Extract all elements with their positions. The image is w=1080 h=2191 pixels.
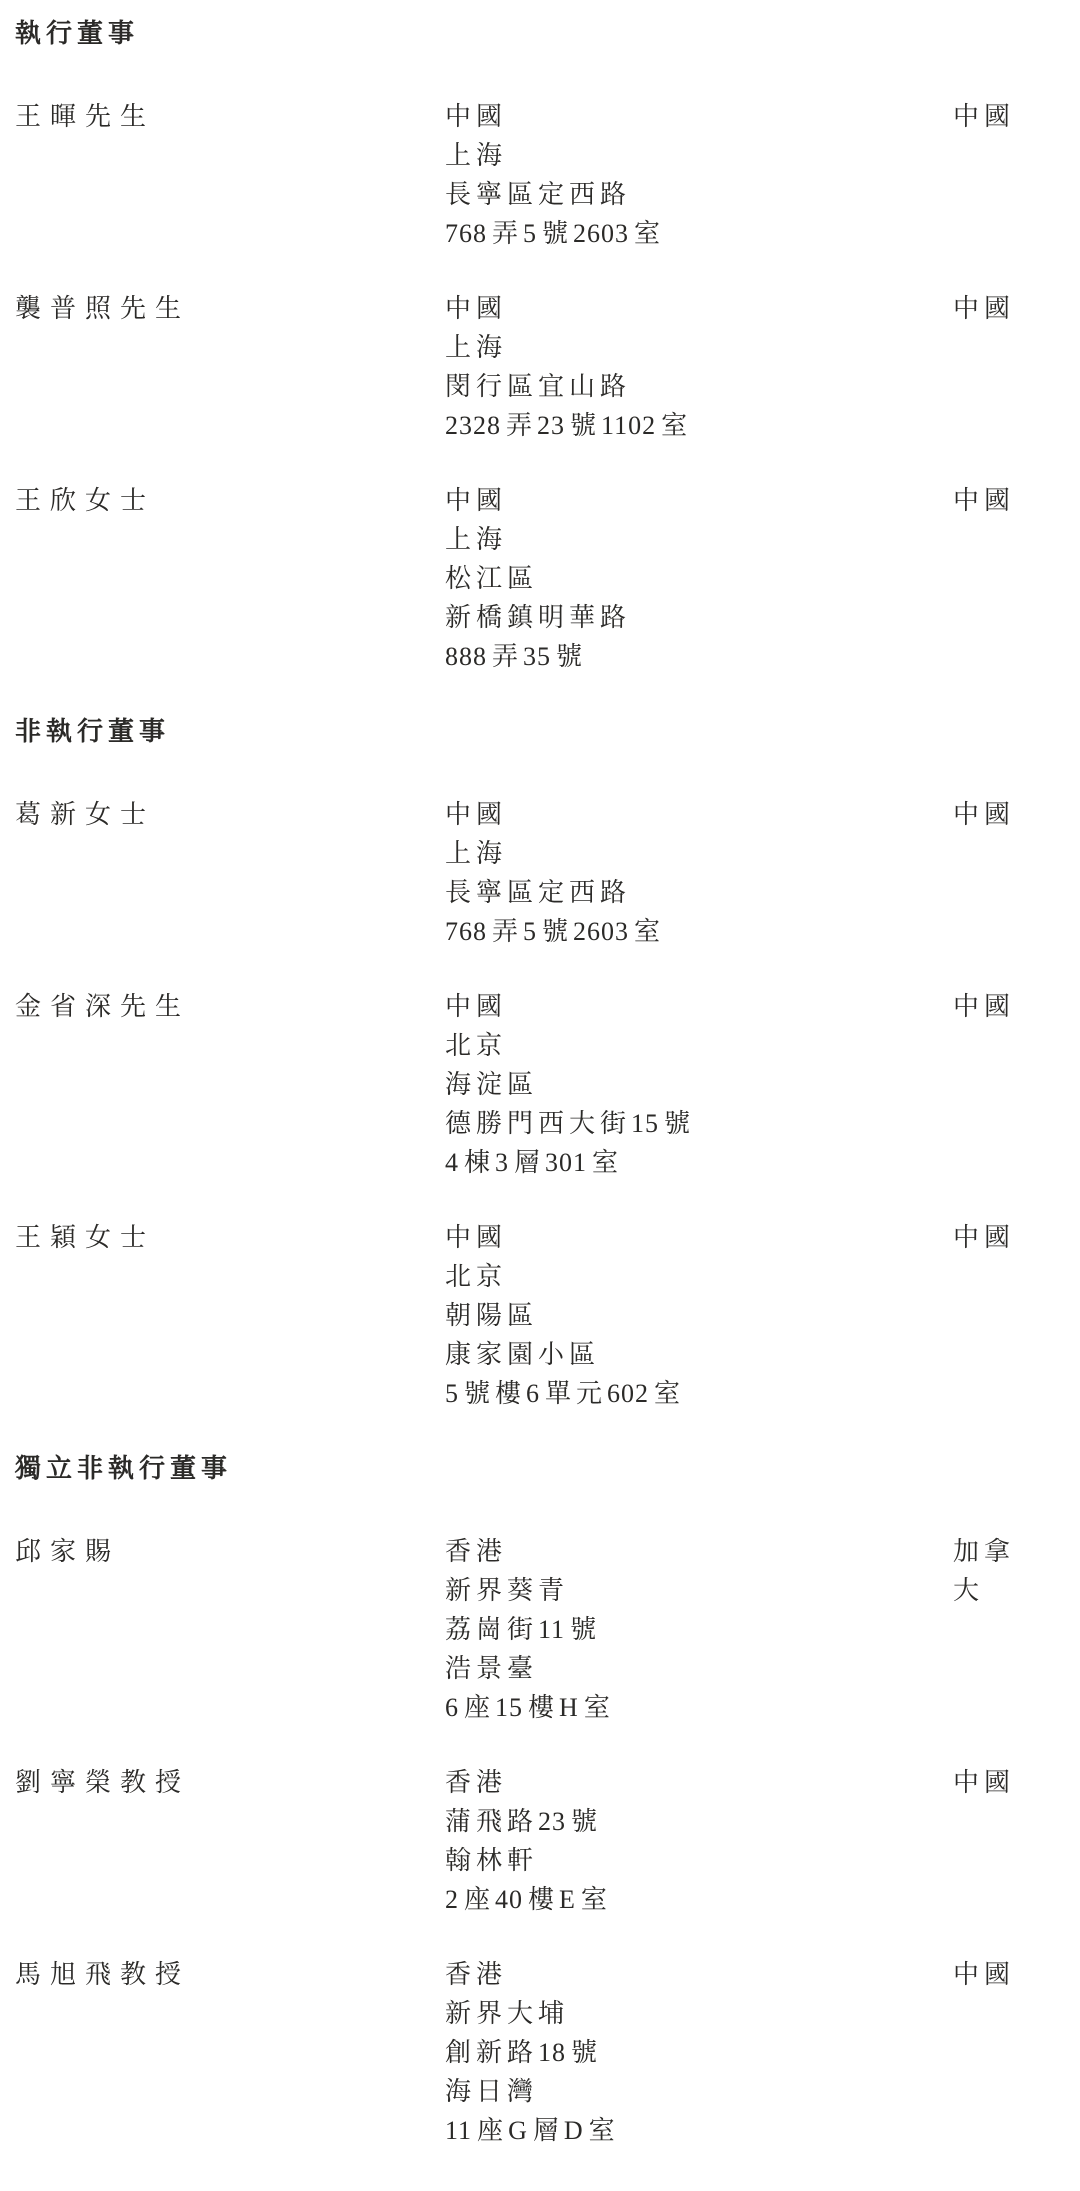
director-nationality: 中國 bbox=[953, 97, 1020, 136]
director-entry: 邱家賜 香港 新界葵青 荔崗街11號 浩景臺 6座15樓H室 加拿大 bbox=[15, 1532, 1020, 1727]
address-line: 中國 bbox=[445, 481, 953, 520]
address-line: 4棟3層301室 bbox=[445, 1143, 953, 1182]
director-nationality: 中國 bbox=[953, 1763, 1020, 1802]
address-line: 松江區 bbox=[445, 559, 953, 598]
address-line: 上海 bbox=[445, 136, 953, 175]
address-line: 香港 bbox=[445, 1955, 953, 1994]
address-line: 新界大埔 bbox=[445, 1994, 953, 2033]
address-line: 中國 bbox=[445, 289, 953, 328]
address-line: 德勝門西大街15號 bbox=[445, 1104, 953, 1143]
director-nationality: 中國 bbox=[953, 1218, 1020, 1257]
address-line: 新橋鎮明華路 bbox=[445, 598, 953, 637]
section-executive-directors: 執行董事 王暉先生 中國 上海 長寧區定西路 768弄5號2603室 中國 襲普… bbox=[15, 14, 1020, 676]
director-address: 香港 蒲飛路23號 翰林軒 2座40樓E室 bbox=[445, 1763, 953, 1919]
director-name: 襲普照先生 bbox=[15, 289, 445, 328]
director-name: 葛新女士 bbox=[15, 795, 445, 834]
address-line: 長寧區定西路 bbox=[445, 175, 953, 214]
director-entry: 馬旭飛教授 香港 新界大埔 創新路18號 海日灣 11座G層D室 中國 bbox=[15, 1955, 1020, 2150]
address-line: 康家園小區 bbox=[445, 1335, 953, 1374]
director-nationality: 中國 bbox=[953, 1955, 1020, 1994]
director-name: 馬旭飛教授 bbox=[15, 1955, 445, 1994]
address-line: 創新路18號 bbox=[445, 2033, 953, 2072]
director-nationality: 中國 bbox=[953, 481, 1020, 520]
address-line: 768弄5號2603室 bbox=[445, 912, 953, 951]
address-line: 海淀區 bbox=[445, 1065, 953, 1104]
director-entry: 襲普照先生 中國 上海 閔行區宜山路 2328弄23號1102室 中國 bbox=[15, 289, 1020, 445]
address-line: 荔崗街11號 bbox=[445, 1610, 953, 1649]
address-line: 北京 bbox=[445, 1257, 953, 1296]
director-name: 王暉先生 bbox=[15, 97, 445, 136]
director-entry: 王穎女士 中國 北京 朝陽區 康家園小區 5號樓6單元602室 中國 bbox=[15, 1218, 1020, 1413]
address-line: 中國 bbox=[445, 987, 953, 1026]
address-line: 中國 bbox=[445, 97, 953, 136]
director-address: 中國 上海 長寧區定西路 768弄5號2603室 bbox=[445, 795, 953, 951]
director-address: 中國 北京 朝陽區 康家園小區 5號樓6單元602室 bbox=[445, 1218, 953, 1413]
address-line: 上海 bbox=[445, 328, 953, 367]
director-entry: 王暉先生 中國 上海 長寧區定西路 768弄5號2603室 中國 bbox=[15, 97, 1020, 253]
section-independent-non-executive-directors: 獨立非執行董事 邱家賜 香港 新界葵青 荔崗街11號 浩景臺 6座15樓H室 加… bbox=[15, 1449, 1020, 2150]
address-line: 新界葵青 bbox=[445, 1571, 953, 1610]
director-entry: 葛新女士 中國 上海 長寧區定西路 768弄5號2603室 中國 bbox=[15, 795, 1020, 951]
director-address: 中國 上海 閔行區宜山路 2328弄23號1102室 bbox=[445, 289, 953, 445]
address-line: 2328弄23號1102室 bbox=[445, 406, 953, 445]
director-address: 香港 新界大埔 創新路18號 海日灣 11座G層D室 bbox=[445, 1955, 953, 2150]
address-line: 中國 bbox=[445, 1218, 953, 1257]
director-name: 王欣女士 bbox=[15, 481, 445, 520]
address-line: 上海 bbox=[445, 834, 953, 873]
director-address: 中國 上海 松江區 新橋鎮明華路 888弄35號 bbox=[445, 481, 953, 676]
address-line: 海日灣 bbox=[445, 2072, 953, 2111]
address-line: 6座15樓H室 bbox=[445, 1688, 953, 1727]
address-line: 上海 bbox=[445, 520, 953, 559]
director-entry: 劉寧榮教授 香港 蒲飛路23號 翰林軒 2座40樓E室 中國 bbox=[15, 1763, 1020, 1919]
address-line: 北京 bbox=[445, 1026, 953, 1065]
address-line: 朝陽區 bbox=[445, 1296, 953, 1335]
address-line: 香港 bbox=[445, 1532, 953, 1571]
address-line: 中國 bbox=[445, 795, 953, 834]
address-line: 11座G層D室 bbox=[445, 2111, 953, 2150]
director-name: 金省深先生 bbox=[15, 987, 445, 1026]
address-line: 2座40樓E室 bbox=[445, 1880, 953, 1919]
address-line: 浩景臺 bbox=[445, 1649, 953, 1688]
section-heading: 執行董事 bbox=[15, 14, 1020, 53]
director-nationality: 加拿大 bbox=[953, 1532, 1020, 1610]
director-name: 劉寧榮教授 bbox=[15, 1763, 445, 1802]
director-address: 中國 北京 海淀區 德勝門西大街15號 4棟3層301室 bbox=[445, 987, 953, 1182]
section-heading: 非執行董事 bbox=[15, 712, 1020, 751]
section-non-executive-directors: 非執行董事 葛新女士 中國 上海 長寧區定西路 768弄5號2603室 中國 金… bbox=[15, 712, 1020, 1413]
section-heading: 獨立非執行董事 bbox=[15, 1449, 1020, 1488]
address-line: 翰林軒 bbox=[445, 1841, 953, 1880]
address-line: 香港 bbox=[445, 1763, 953, 1802]
address-line: 蒲飛路23號 bbox=[445, 1802, 953, 1841]
address-line: 768弄5號2603室 bbox=[445, 214, 953, 253]
director-address: 中國 上海 長寧區定西路 768弄5號2603室 bbox=[445, 97, 953, 253]
address-line: 5號樓6單元602室 bbox=[445, 1374, 953, 1413]
director-name: 王穎女士 bbox=[15, 1218, 445, 1257]
director-address: 香港 新界葵青 荔崗街11號 浩景臺 6座15樓H室 bbox=[445, 1532, 953, 1727]
director-entry: 金省深先生 中國 北京 海淀區 德勝門西大街15號 4棟3層301室 中國 bbox=[15, 987, 1020, 1182]
director-name: 邱家賜 bbox=[15, 1532, 445, 1571]
director-nationality: 中國 bbox=[953, 795, 1020, 834]
directors-list-page: 執行董事 王暉先生 中國 上海 長寧區定西路 768弄5號2603室 中國 襲普… bbox=[0, 0, 1080, 2191]
address-line: 長寧區定西路 bbox=[445, 873, 953, 912]
director-nationality: 中國 bbox=[953, 289, 1020, 328]
director-nationality: 中國 bbox=[953, 987, 1020, 1026]
address-line: 閔行區宜山路 bbox=[445, 367, 953, 406]
address-line: 888弄35號 bbox=[445, 637, 953, 676]
director-entry: 王欣女士 中國 上海 松江區 新橋鎮明華路 888弄35號 中國 bbox=[15, 481, 1020, 676]
